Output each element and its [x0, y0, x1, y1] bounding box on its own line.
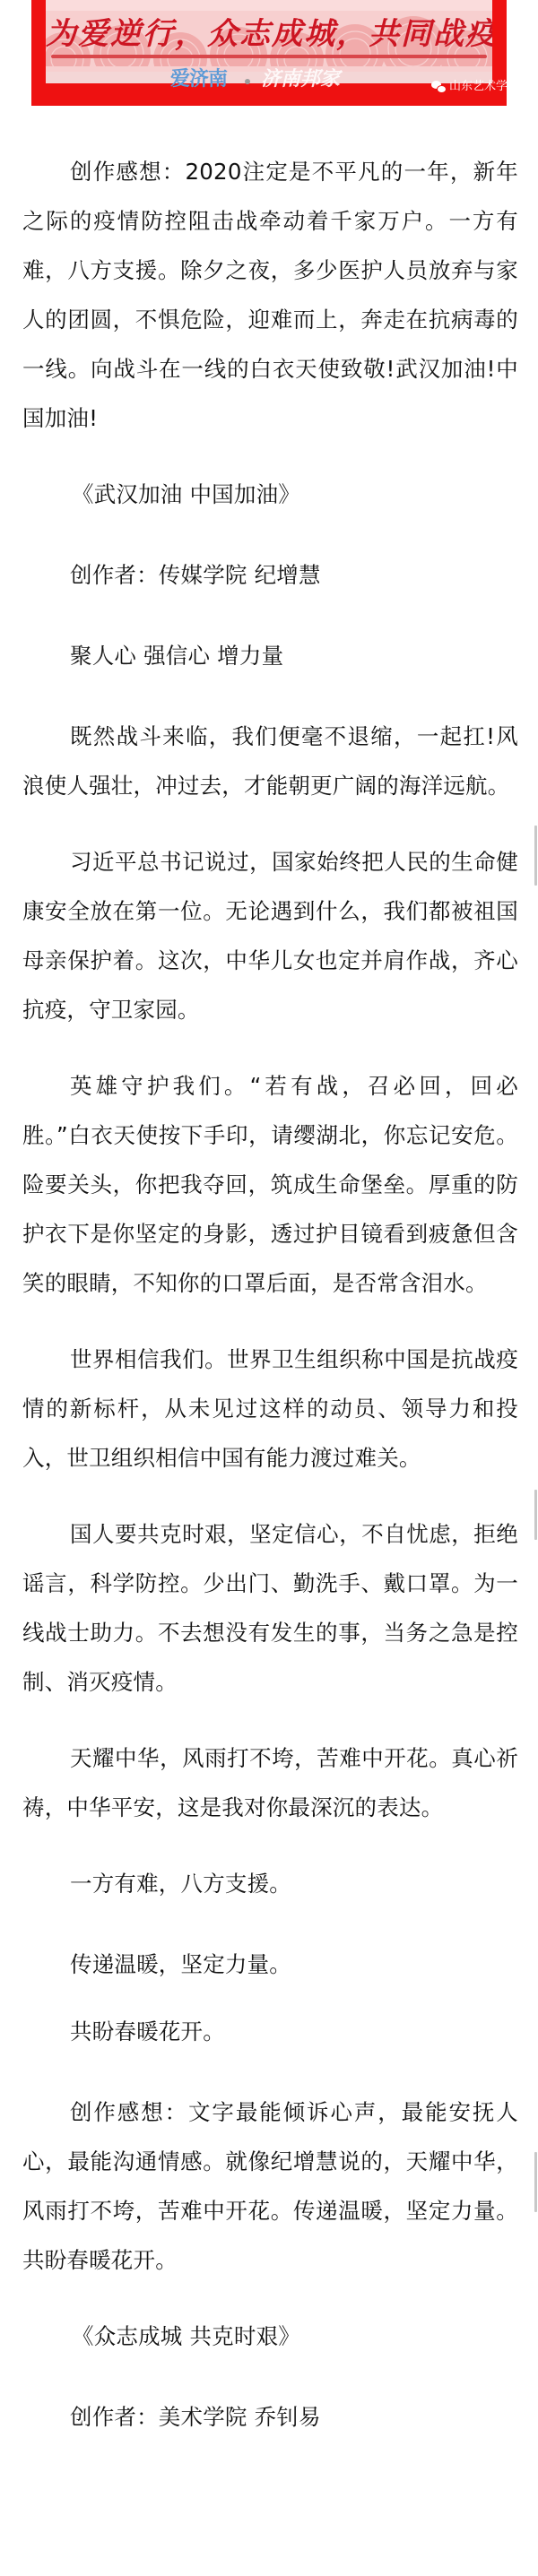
logo-separator-dot — [245, 79, 250, 84]
scrollbar-thumb[interactable] — [534, 2152, 537, 2212]
article-body: 创作感想：2020注定是不平凡的一年，新年之际的疫情防控阻击战牵动着千家万户。一… — [22, 147, 518, 2473]
short-line: 一方有难，八方支援。 — [22, 1859, 518, 1908]
short-line: 共盼春暖花开。 — [22, 2007, 518, 2056]
paragraph-body: 国人要共克时艰，坚定信心，不自忧虑，拒绝谣言，科学防控。少出门、勤洗手、戴口罩。… — [22, 1509, 518, 1707]
slogan-line: 聚人心 强信心 增力量 — [22, 631, 518, 680]
scrollbar-thumb[interactable] — [534, 1490, 537, 1540]
paragraph-body: 习近平总书记说过，国家始终把人民的生命健康安全放在第一位。无论遇到什么，我们都被… — [22, 837, 518, 1034]
scrollbar-thumb[interactable] — [534, 826, 537, 886]
banner-top-strip — [46, 0, 492, 11]
work-title-2: 《众志成城 共克时艰》 — [22, 2312, 518, 2361]
jinan-script-logo: 济南邦家 — [261, 68, 340, 90]
paragraph-body: 世界相信我们。世界卫生组织称中国是抗战疫情的新标杆，从未见过这样的动员、领导力和… — [22, 1335, 518, 1482]
banner-slogan: 为爱逆行，众志成城，共同战疫 — [46, 16, 492, 52]
paragraph-body: 既然战斗来临，我们便毫不退缩，一起扛!风浪使人强壮，冲过去，才能朝更广阔的海洋远… — [22, 712, 518, 810]
wechat-icon — [431, 81, 447, 93]
header-banner-image: 为爱逆行，众志成城，共同战疫 爱济南 济南邦家 山东艺术学院 — [31, 0, 507, 106]
paragraph-body: 英雄守护我们。“若有战，召必回，回必胜。”白衣天使按下手印，请缨湖北，你忘记安危… — [22, 1061, 518, 1308]
work-title-1: 《武汉加油 中国加油》 — [22, 470, 518, 519]
author-line-2: 创作者：美术学院 乔钊易 — [22, 2392, 518, 2442]
watermark-text: 山东艺术学院 — [449, 80, 519, 94]
aijinan-logo: 爱济南 — [170, 69, 227, 91]
short-line: 传递温暖，坚定力量。 — [22, 1940, 518, 1989]
paragraph-body: 天耀中华，风雨打不垮，苦难中开花。真心祈祷，中华平安，这是我对你最深沉的表达。 — [22, 1733, 518, 1832]
paragraph-reflection-2: 创作感想：文字最能倾诉心声，最能安抚人心，最能沟通情感。就像纪增慧说的，天耀中华… — [22, 2088, 518, 2285]
banner-divider — [51, 55, 487, 58]
author-line-1: 创作者：传媒学院 纪增慧 — [22, 550, 518, 600]
wechat-watermark: 山东艺术学院 — [431, 80, 519, 94]
paragraph-reflection-1: 创作感想：2020注定是不平凡的一年，新年之际的疫情防控阻击战牵动着千家万户。一… — [22, 147, 518, 443]
